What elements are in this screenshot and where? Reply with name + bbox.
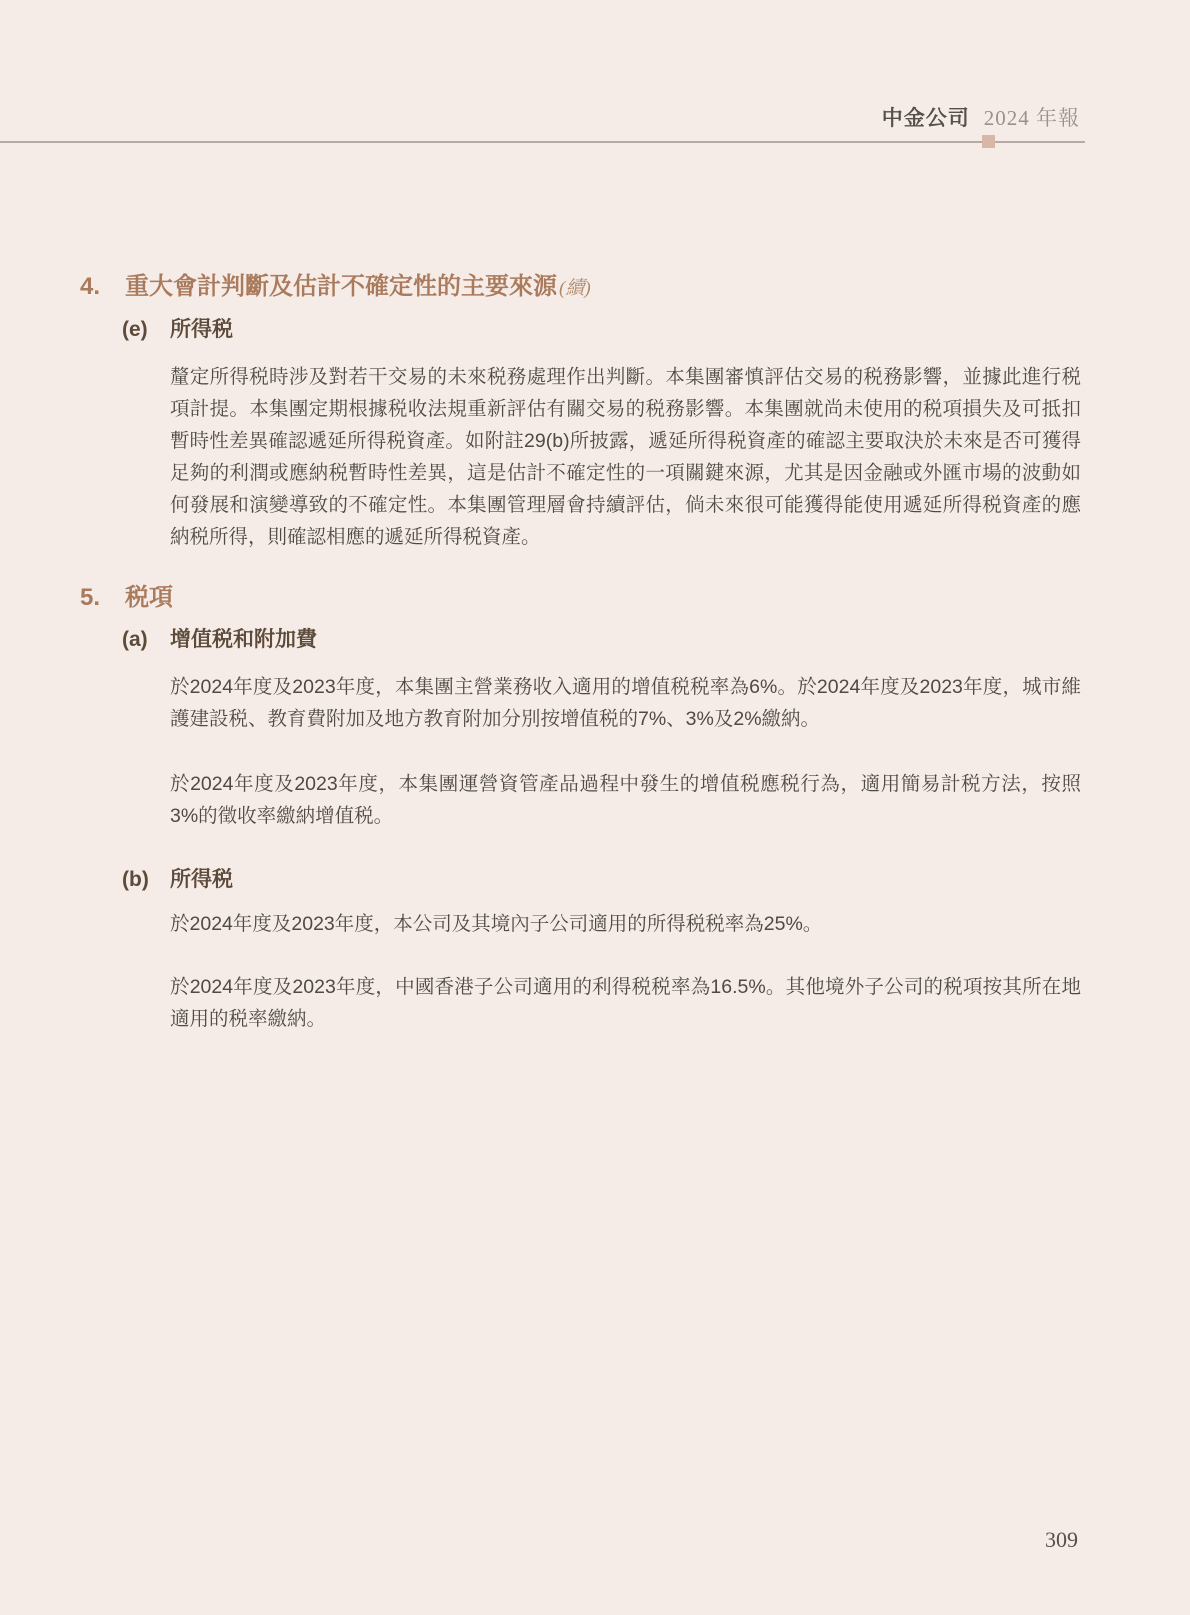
- subsection-5b-title: 所得税: [170, 868, 233, 891]
- subsection-5b-paragraph-2: 於2024年度及2023年度，中國香港子公司適用的利得税税率為16.5%。其他境…: [170, 971, 1081, 1035]
- section-5-heading: 5.税項: [80, 577, 1090, 612]
- report-page: 中金公司2024 年報 4.重大會計判斷及估計不確定性的主要來源(續) (e)所…: [0, 0, 1190, 1615]
- section-4-number: 4.: [80, 273, 125, 301]
- company-name: 中金公司: [882, 106, 970, 130]
- page-number: 309: [1045, 1527, 1078, 1553]
- subsection-4e-paragraph: 釐定所得税時涉及對若干交易的未來税務處理作出判斷。本集團審慎評估交易的税務影響，…: [170, 361, 1081, 553]
- subsection-4e-heading: (e)所得税: [122, 313, 1082, 343]
- page-header: 中金公司2024 年報: [882, 102, 1080, 132]
- subsection-5a-paragraph-2: 於2024年度及2023年度，本集團運營資管產品過程中發生的增值税應税行為，適用…: [170, 768, 1081, 832]
- subsection-5b-paragraph-1: 於2024年度及2023年度，本公司及其境內子公司適用的所得税税率為25%。: [170, 908, 1081, 940]
- report-edition: 2024 年報: [984, 106, 1080, 130]
- section-4-continued-note: (續): [559, 278, 591, 299]
- section-4-heading: 4.重大會計判斷及估計不確定性的主要來源(續): [80, 266, 1090, 301]
- subsection-5a-title: 增值税和附加費: [170, 628, 317, 651]
- section-4-title: 重大會計判斷及估計不確定性的主要來源: [125, 273, 557, 300]
- section-5-title: 税項: [125, 584, 173, 611]
- subsection-5a-heading: (a)增值税和附加費: [122, 623, 1082, 653]
- subsection-5b-label: (b): [122, 868, 170, 892]
- subsection-5a-paragraph-1: 於2024年度及2023年度，本集團主營業務收入適用的增值税税率為6%。於202…: [170, 671, 1081, 735]
- section-5-number: 5.: [80, 584, 125, 612]
- subsection-5b-heading: (b)所得税: [122, 863, 1082, 893]
- subsection-4e-title: 所得税: [170, 318, 233, 341]
- subsection-4e-label: (e): [122, 318, 170, 342]
- header-rule: [0, 141, 1085, 143]
- header-square-marker: [982, 135, 995, 148]
- subsection-5a-label: (a): [122, 628, 170, 652]
